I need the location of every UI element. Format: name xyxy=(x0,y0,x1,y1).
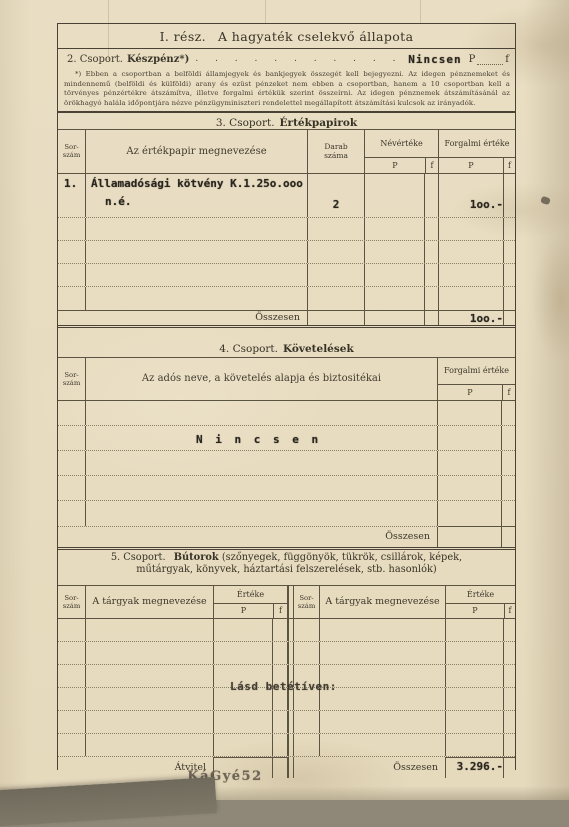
col-header-darab-label: Darab száma xyxy=(321,142,351,160)
section2-prefix: 2. Csoport. xyxy=(67,54,123,65)
empty-cell xyxy=(58,734,86,756)
empty-cell xyxy=(58,619,86,641)
empty-cell xyxy=(58,264,86,286)
empty-cell xyxy=(504,287,515,310)
typed-security-name-line2: n.é. xyxy=(86,190,307,208)
empty-cell xyxy=(446,734,504,756)
section4-name: Követelések xyxy=(283,343,354,355)
empty-cell xyxy=(504,619,515,641)
table-row: 1. Államadósági kötvény K.1.25o.ooo n.é.… xyxy=(58,174,515,218)
col-header-forgalmi-label: Forgalmi értéke xyxy=(439,130,515,158)
empty-cell xyxy=(502,451,515,475)
empty-cell xyxy=(320,665,446,687)
empty-cell xyxy=(320,688,446,710)
empty-cell xyxy=(320,642,446,664)
col-header-ertek: Értéke P f xyxy=(446,586,515,618)
col-header-forgalmi: Forgalmi értéke P f xyxy=(438,358,515,400)
total-forgalmi-cell: 1oo.- xyxy=(439,311,504,325)
empty-cell xyxy=(365,264,425,286)
empty-cell xyxy=(504,688,515,710)
empty-cell xyxy=(438,501,502,526)
section5-name: Bútorok xyxy=(174,552,219,563)
empty-cell xyxy=(504,218,515,240)
section4-table-header: Sor-szám Az adós neve, a követelés alapj… xyxy=(58,358,515,401)
cell-sorszam: 1. xyxy=(58,174,86,217)
col-header-sorszam-label: Sor-szám xyxy=(62,143,82,159)
empty-cell xyxy=(446,642,504,664)
empty-cell xyxy=(502,526,515,547)
empty-cell xyxy=(273,619,288,641)
cell-darab: 2 xyxy=(308,174,365,217)
col-header-megnevezes: Az értékpapir megnevezése xyxy=(86,130,308,173)
part-label: I. rész. xyxy=(160,29,206,44)
empty-cell xyxy=(504,665,515,687)
f-subheader: f xyxy=(426,158,438,173)
empty-cell xyxy=(320,734,446,756)
table-row-empty xyxy=(58,734,515,757)
section3-name: Értékpapirok xyxy=(280,117,358,129)
empty-cell xyxy=(214,642,273,664)
col-header-sorszam: Sor-szám xyxy=(58,130,86,173)
table-row-empty xyxy=(58,642,515,665)
cell-megnevezes: N i n c s e n xyxy=(86,426,438,450)
empty-cell xyxy=(58,688,86,710)
cell-forgalmi-f xyxy=(504,174,515,217)
empty-cell xyxy=(294,734,320,756)
dot-leader: . . . . . . . . . . . . . . . . . . . . … xyxy=(195,54,402,64)
section3-total-row: Összesen 1oo.- xyxy=(58,310,515,328)
table-row-empty xyxy=(58,287,515,310)
empty-cell xyxy=(425,241,439,263)
col-header-sorszam: Sor-szám xyxy=(294,586,320,618)
empty-cell xyxy=(365,311,425,325)
cash-typed-value: Nincsen xyxy=(408,53,461,66)
section4-total-row: Összesen xyxy=(58,526,515,550)
empty-cell xyxy=(86,476,438,500)
section5-table-header: Sor-szám A tárgyak megnevezése Értéke P … xyxy=(58,586,515,619)
table-row-empty xyxy=(58,451,515,476)
pf-subheader: P f xyxy=(446,604,515,618)
empty-cell xyxy=(86,711,214,733)
table-row-empty xyxy=(58,501,515,526)
empty-cell xyxy=(502,401,515,425)
paper-crease xyxy=(420,0,421,24)
col-header-sorszam-label: Sor-szám xyxy=(297,594,317,610)
pf-subheader: P f xyxy=(439,158,515,173)
typed-forgalmi-value: 1oo.- xyxy=(439,174,503,211)
col-header-forgalmi: Forgalmi értéke P f xyxy=(439,130,515,173)
empty-cell xyxy=(504,734,515,756)
empty-cell xyxy=(58,665,86,687)
part-title-row: I. rész. A hagyaték cselekvő állapota xyxy=(58,24,515,49)
part-title: A hagyaték cselekvő állapota xyxy=(218,29,413,44)
empty-cell xyxy=(58,711,86,733)
p-subheader: P xyxy=(439,158,504,173)
estate-inventory-form: I. rész. A hagyaték cselekvő állapota 2.… xyxy=(57,23,516,770)
f-subheader: f xyxy=(274,604,287,618)
typed-see-insert-note: Lásd betétíven: xyxy=(230,680,337,693)
empty-cell xyxy=(294,619,320,641)
empty-cell xyxy=(86,642,214,664)
table-row-empty xyxy=(58,476,515,501)
col-header-darab: Darab száma xyxy=(308,130,365,173)
empty-cell xyxy=(308,287,365,310)
table-row-empty xyxy=(58,264,515,287)
empty-cell xyxy=(320,619,446,641)
section2-name: Készpénz*) xyxy=(127,54,189,65)
ink-smudge xyxy=(540,196,551,205)
pengo-symbol: P xyxy=(469,54,476,65)
section4-prefix: 4. Csoport. xyxy=(219,343,278,355)
section5-heading: 5. Csoport. Bútorok (szőnyegek, függönyö… xyxy=(58,550,515,586)
section3-prefix: 3. Csoport. xyxy=(216,117,275,129)
empty-cell xyxy=(86,619,214,641)
col-header-megnevezes: A tárgyak megnevezése xyxy=(86,586,214,618)
empty-cell xyxy=(58,426,86,450)
col-header-nevertek: Névértéke P f xyxy=(365,130,439,173)
empty-cell xyxy=(86,241,308,263)
empty-cell xyxy=(308,218,365,240)
section4-heading: 4. Csoport. Követelések xyxy=(58,328,515,358)
empty-cell xyxy=(58,287,86,310)
col-header-ertek: Értéke P f xyxy=(214,586,288,618)
col-header-sorszam: Sor-szám xyxy=(58,586,86,618)
empty-cell xyxy=(273,642,288,664)
col-header-megnevezes: Az adós neve, a követelés alapja és bizt… xyxy=(86,358,438,400)
empty-cell xyxy=(58,476,86,500)
empty-cell xyxy=(58,218,86,240)
empty-cell xyxy=(504,711,515,733)
empty-cell xyxy=(439,241,504,263)
col-header-nevertek-label: Névértéke xyxy=(365,130,438,158)
empty-cell xyxy=(320,711,446,733)
total-ertek-cell: 3.296.- xyxy=(446,757,504,778)
empty-cell xyxy=(365,241,425,263)
empty-cell xyxy=(86,665,214,687)
typed-row-number: 1. xyxy=(64,177,77,190)
col-header-megnevezes: A tárgyak megnevezése xyxy=(320,586,446,618)
empty-cell xyxy=(425,287,439,310)
cell-nevertek-p xyxy=(365,174,425,217)
table-row: N i n c s e n xyxy=(58,426,515,451)
empty-cell xyxy=(425,218,439,240)
osszesen-label: Összesen xyxy=(58,311,308,325)
pf-subheader: P f xyxy=(214,604,287,618)
typed-darab-value: 2 xyxy=(308,174,364,211)
table-row-empty xyxy=(58,711,515,734)
cell-forgalmi-p: 1oo.- xyxy=(439,174,504,217)
empty-cell xyxy=(504,642,515,664)
typed-total-value: 1oo.- xyxy=(439,311,503,325)
empty-cell xyxy=(439,218,504,240)
empty-cell xyxy=(214,711,273,733)
empty-cell xyxy=(365,218,425,240)
empty-cell xyxy=(86,287,308,310)
col-header-sorszam-label: Sor-szám xyxy=(62,594,82,610)
col-header-megnevezes-label: Az adós neve, a követelés alapja és bizt… xyxy=(142,373,381,384)
empty-cell xyxy=(58,451,86,475)
empty-cell xyxy=(214,734,273,756)
empty-cell xyxy=(86,218,308,240)
empty-cell xyxy=(504,311,515,325)
empty-cell xyxy=(58,401,86,425)
p-subheader: P xyxy=(214,604,274,618)
pf-subheader: P f xyxy=(438,385,515,400)
paper-crease xyxy=(265,0,266,24)
empty-cell xyxy=(294,642,320,664)
typed-security-name: Államadósági kötvény K.1.25o.ooo xyxy=(86,174,307,190)
cell-nevertek-f xyxy=(425,174,439,217)
empty-cell xyxy=(308,264,365,286)
empty-cell xyxy=(86,401,438,425)
f-subheader: f xyxy=(504,158,515,173)
empty-cell xyxy=(214,619,273,641)
empty-cell xyxy=(502,501,515,526)
section3-heading: 3. Csoport. Értékpapirok xyxy=(58,113,515,130)
empty-cell xyxy=(446,711,504,733)
f-subheader: f xyxy=(505,604,515,618)
empty-cell xyxy=(425,311,439,325)
empty-cell xyxy=(438,476,502,500)
cash-footnote: *) Ebben a csoportban a belföldi államje… xyxy=(58,69,515,113)
section3-table-header: Sor-szám Az értékpapir megnevezése Darab… xyxy=(58,130,515,174)
empty-cell xyxy=(439,287,504,310)
pengo-blank-line xyxy=(477,54,503,65)
pf-subheader: P f xyxy=(365,158,438,173)
osszesen-label: Összesen xyxy=(58,527,438,547)
empty-cell xyxy=(308,311,365,325)
table-row-empty xyxy=(58,218,515,241)
empty-cell xyxy=(504,757,515,778)
empty-cell xyxy=(446,619,504,641)
p-subheader: P xyxy=(365,158,426,173)
f-subheader: f xyxy=(503,385,515,400)
typed-total-value: 3.296.- xyxy=(446,758,503,773)
empty-cell xyxy=(273,711,288,733)
empty-cell xyxy=(365,287,425,310)
col-header-forgalmi-label: Forgalmi értéke xyxy=(438,358,515,385)
col-header-megnevezes-label: A tárgyak megnevezése xyxy=(325,596,439,607)
col-header-megnevezes-label: Az értékpapir megnevezése xyxy=(126,146,266,157)
empty-cell xyxy=(86,734,214,756)
col-header-sorszam-label: Sor-szám xyxy=(62,371,82,387)
table-row-empty xyxy=(58,401,515,426)
empty-cell xyxy=(425,264,439,286)
col-header-megnevezes-label: A tárgyak megnevezése xyxy=(92,596,206,607)
typed-nincsen-value: N i n c s e n xyxy=(196,433,321,446)
p-subheader: P xyxy=(438,385,503,400)
empty-cell xyxy=(446,665,504,687)
empty-cell xyxy=(86,688,214,710)
cell-megnevezes: Államadósági kötvény K.1.25o.ooo n.é. xyxy=(86,174,308,217)
section5-total-row: Átvitel Összesen 3.296.- xyxy=(58,757,515,778)
total-forgalmi-cell xyxy=(438,526,502,547)
section2-cash-row: 2. Csoport. Készpénz*) . . . . . . . . .… xyxy=(58,49,515,69)
table-row-empty xyxy=(58,619,515,642)
empty-cell xyxy=(438,426,502,450)
empty-cell xyxy=(58,241,86,263)
empty-cell xyxy=(308,241,365,263)
empty-cell xyxy=(294,711,320,733)
empty-cell xyxy=(86,264,308,286)
empty-cell xyxy=(438,401,502,425)
osszesen-label: Összesen xyxy=(294,757,446,778)
empty-cell xyxy=(58,501,86,526)
empty-cell xyxy=(86,451,438,475)
empty-cell xyxy=(58,642,86,664)
empty-cell xyxy=(502,476,515,500)
section5-prefix: 5. Csoport. xyxy=(111,552,166,563)
col-header-ertek-label: Értéke xyxy=(214,586,287,604)
col-header-ertek-label: Értéke xyxy=(446,586,515,604)
filler-symbol: f xyxy=(505,54,509,65)
empty-cell xyxy=(438,451,502,475)
p-subheader: P xyxy=(446,604,505,618)
empty-cell xyxy=(504,264,515,286)
empty-cell xyxy=(504,241,515,263)
empty-cell xyxy=(446,688,504,710)
col-header-sorszam: Sor-szám xyxy=(58,358,86,400)
empty-cell xyxy=(502,426,515,450)
table-row-empty xyxy=(58,241,515,264)
empty-cell xyxy=(273,734,288,756)
empty-cell xyxy=(439,264,504,286)
empty-cell xyxy=(86,501,438,526)
